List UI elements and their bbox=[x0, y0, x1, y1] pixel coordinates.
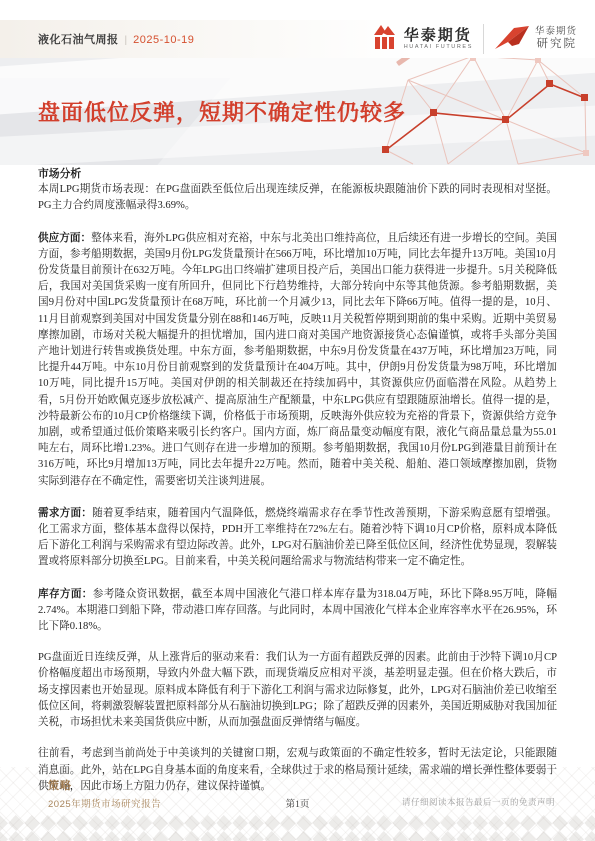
market-analysis-paragraph: 本周LPG期货市场表现：在PG盘面跌至低位后出现连续反弹，在能源板块跟随油价下跌… bbox=[38, 182, 557, 214]
supply-label: 供应方面： bbox=[38, 232, 91, 244]
demand-text: 随着夏季结束，随着国内气温降低，燃烧终端需求存在季节性改善预期，下游采购意愿有望… bbox=[38, 508, 557, 568]
demand-paragraph: 需求方面：随着夏季结束，随着国内气温降低，燃烧终端需求存在季节性改善预期，下游采… bbox=[38, 505, 557, 571]
research-institute-line1: 华泰期货 bbox=[535, 27, 577, 38]
report-header: 液化石油气周报 | 2025-10-19 华泰期货 HUATAI FUTU bbox=[0, 20, 595, 58]
report-header-logos: 华泰期货 HUATAI FUTURES 华泰期货 研究院 bbox=[371, 23, 577, 56]
inventory-paragraph: 库存方面：参考隆众资讯数据，截至本周中国液化气港口样本库存量为318.04万吨，… bbox=[38, 586, 557, 636]
rebound-comment-paragraph: PG盘面近日连续反弹，从上涨背后的驱动来看：我们认为一方面有超跌反弹的因素。此前… bbox=[38, 650, 557, 731]
report-page: 液化石油气周报 | 2025-10-19 华泰期货 HUATAI FUTU bbox=[0, 0, 595, 841]
huatai-futures-logo-cn: 华泰期货 bbox=[404, 28, 473, 44]
disclaimer-note: 请仔细阅读本报告最后一页的免责声明 bbox=[402, 796, 555, 808]
supply-text: 整体来看，海外LPG供应相对充裕，中东与北美出口维持高位，且后续还有进一步增长的… bbox=[38, 233, 557, 487]
research-institute-logo: 华泰期货 研究院 bbox=[494, 24, 577, 55]
page-title: 盘面低位反弹，短期不确定性仍较多 bbox=[38, 96, 406, 127]
strategy-label: 策略 bbox=[48, 777, 72, 793]
report-footer: 策略 第1页 2025年期货市场研究报告 请仔细阅读本报告最后一页的免责声明 bbox=[0, 767, 595, 841]
report-type: 液化石油气周报 bbox=[38, 31, 119, 47]
logo-divider bbox=[483, 24, 484, 54]
report-body: 市场分析 本周LPG期货市场表现：在PG盘面跌至低位后出现连续反弹，在能源板块跟… bbox=[38, 166, 557, 810]
market-analysis-text: 本周LPG期货市场表现：在PG盘面跌至低位后出现连续反弹，在能源板块跟随油价下跌… bbox=[38, 184, 557, 211]
inventory-text: 参考隆众资讯数据，截至本周中国液化气港口样本库存量为318.04万吨，环比下降8… bbox=[38, 589, 557, 632]
research-institute-line2: 研究院 bbox=[535, 38, 577, 51]
report-date: 2025-10-19 bbox=[133, 34, 194, 46]
report-header-left: 液化石油气周报 | 2025-10-19 bbox=[38, 31, 194, 47]
demand-label: 需求方面： bbox=[38, 507, 92, 519]
research-institute-logo-icon bbox=[494, 24, 530, 55]
section-heading-market-analysis: 市场分析 bbox=[38, 166, 557, 182]
network-decoration-graphic bbox=[378, 58, 593, 165]
huatai-futures-logo: 华泰期货 HUATAI FUTURES bbox=[371, 23, 473, 56]
huatai-futures-logo-en: HUATAI FUTURES bbox=[404, 44, 473, 50]
rebound-comment-text: PG盘面近日连续反弹，从上涨背后的驱动来看：我们认为一方面有超跌反弹的因素。此前… bbox=[38, 652, 557, 728]
huatai-futures-logo-icon bbox=[371, 23, 399, 56]
report-series: 2025年期货市场研究报告 bbox=[48, 796, 161, 810]
header-separator: | bbox=[125, 35, 128, 46]
inventory-label: 库存方面： bbox=[38, 588, 93, 600]
supply-paragraph: 供应方面：整体来看，海外LPG供应相对充裕，中东与北美出口维持高位，且后续还有进… bbox=[38, 230, 557, 490]
title-banner: 盘面低位反弹，短期不确定性仍较多 bbox=[0, 58, 595, 165]
